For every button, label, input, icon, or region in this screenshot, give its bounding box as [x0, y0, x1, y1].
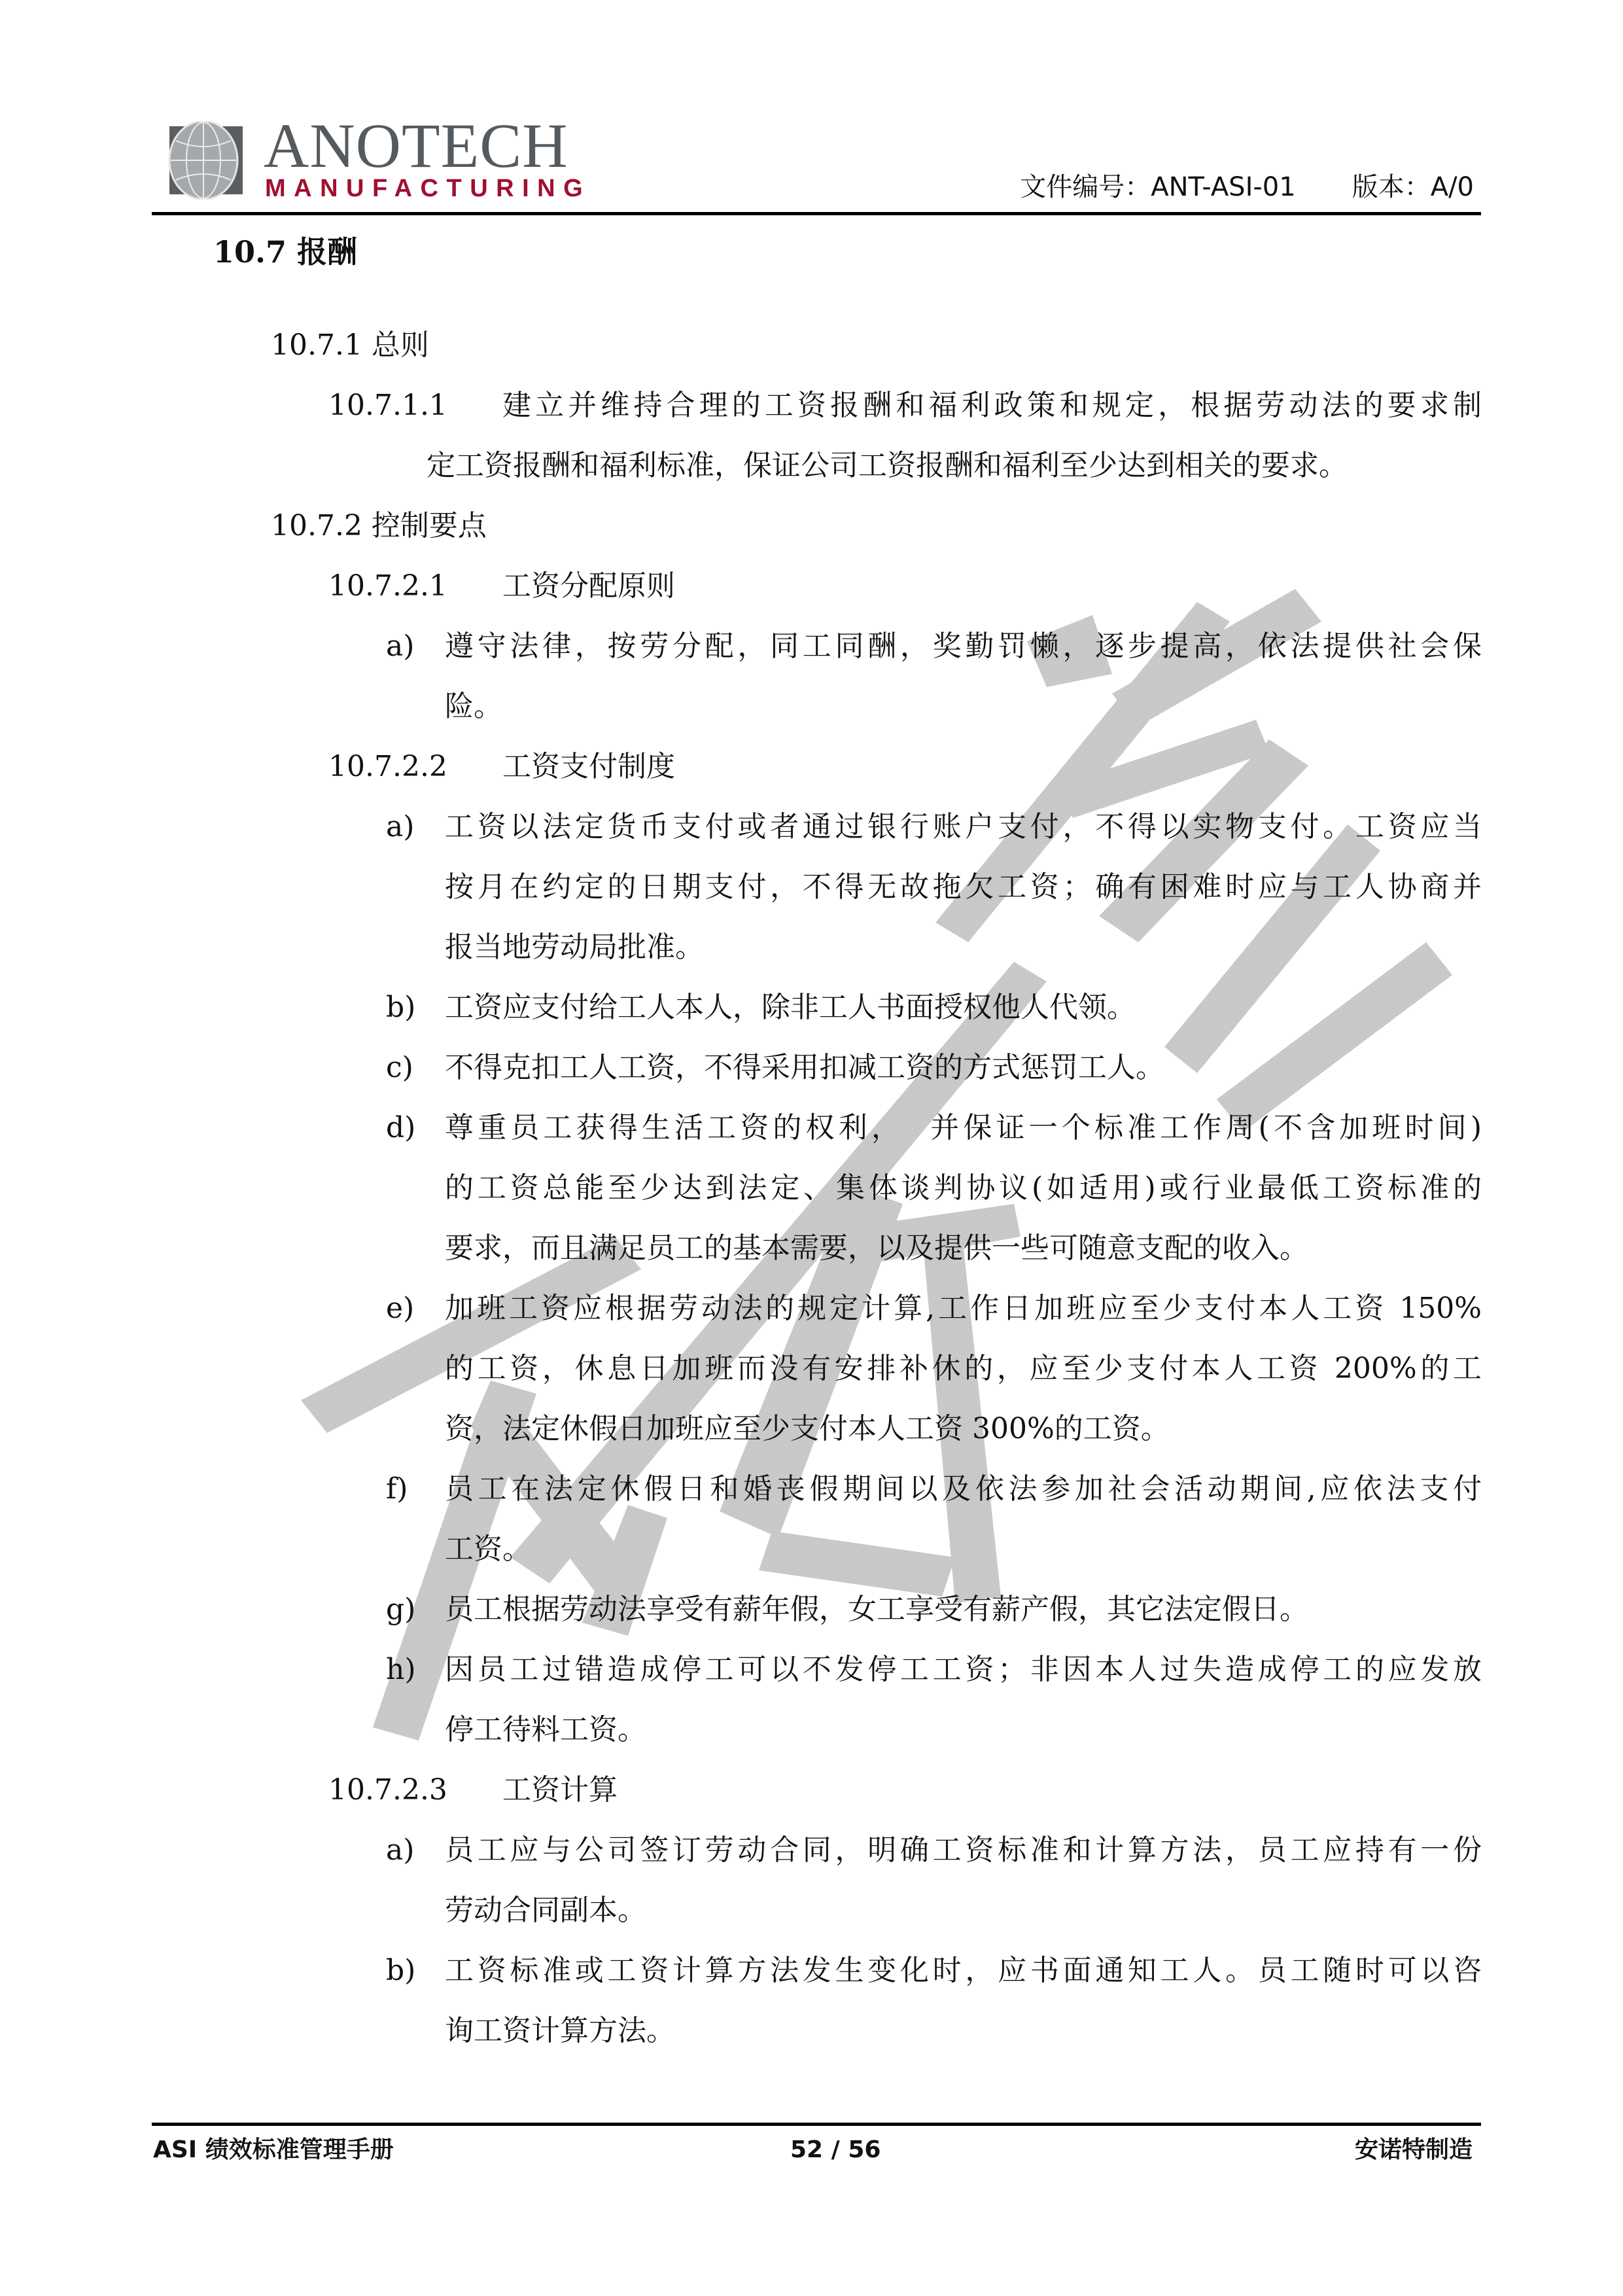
list-label: b) — [386, 989, 415, 1026]
list-item-text: 员工在法定休假日和婚丧假期间以及依法参加社会活动期间,应依法支付 — [445, 1471, 1482, 1508]
list-item-text: 险。 — [445, 688, 502, 725]
clause-number: 10.7.2.1 — [328, 568, 447, 605]
page-number: 52 / 56 — [790, 2134, 881, 2166]
logo-wordmark: ANOTECH — [264, 115, 568, 177]
clause-text: 定工资报酬和福利标准，保证公司工资报酬和福利至少达到相关的要求。 — [427, 448, 1348, 484]
list-label: a) — [386, 1832, 414, 1869]
logo-subtitle: MANUFACTURING — [265, 175, 591, 202]
list-item-text: 的工资，休息日加班而没有安排补休的，应至少支付本人工资 200%的工 — [445, 1351, 1482, 1387]
list-item-text: 因员工过错造成停工可以不发停工工资；非因本人过失造成停工的应发放 — [445, 1651, 1482, 1688]
list-label: e) — [386, 1290, 414, 1327]
list-item-text: 要求，而且满足员工的基本需要，以及提供一些可随意支配的收入。 — [445, 1230, 1308, 1267]
list-item-text: 询工资计算方法。 — [445, 2013, 675, 2049]
clause-number: 10.7.2.2 — [328, 749, 447, 785]
list-item-text: 工资。 — [445, 1531, 531, 1568]
list-label: g) — [386, 1591, 415, 1628]
list-item-text: 加班工资应根据劳动法的规定计算,工作日加班应至少支付本人工资 150% — [445, 1290, 1482, 1327]
clause-number: 10.7.1.1 — [328, 387, 447, 424]
subsection-title-control: 10.7.2 控制要点 — [271, 508, 487, 544]
list-label: h) — [386, 1651, 416, 1688]
subsection-title-general: 10.7.1 总则 — [271, 327, 429, 364]
clause-number: 10.7.2.3 — [328, 1772, 447, 1809]
list-label: c) — [386, 1050, 413, 1086]
section-title: 10.7 报酬 — [213, 234, 357, 270]
list-label: f) — [386, 1471, 408, 1508]
list-label: d) — [386, 1110, 415, 1146]
document-page: ANOTECH MANUFACTURING 文件编号：ANT-ASI-01版本：… — [0, 0, 1623, 2296]
list-item-text: 不得克扣工人工资，不得采用扣减工资的方式惩罚工人。 — [445, 1050, 1164, 1086]
document-number: 文件编号：ANT-ASI-01 — [1020, 172, 1295, 202]
list-item-text: 资，法定休假日加班应至少支付本人工资 300%的工资。 — [445, 1411, 1170, 1447]
document-info: 文件编号：ANT-ASI-01版本：A/0 — [1020, 171, 1474, 203]
company-logo: ANOTECH MANUFACTURING — [167, 115, 572, 200]
list-item-text: 报当地劳动局批准。 — [445, 929, 704, 966]
globe-icon — [167, 121, 245, 200]
header-divider — [152, 212, 1481, 215]
list-item-text: 工资应支付给工人本人，除非工人书面授权他人代领。 — [445, 989, 1136, 1026]
list-label: b) — [386, 1952, 415, 1989]
list-item-text: 的工资总能至少达到法定、集体谈判协议(如适用)或行业最低工资标准的 — [445, 1170, 1482, 1207]
list-item-text: 工资以法定货币支付或者通过银行账户支付，不得以实物支付。工资应当 — [445, 809, 1482, 845]
list-item-text: 工资标准或工资计算方法发生变化时，应书面通知工人。员工随时可以咨 — [445, 1952, 1482, 1989]
list-item-text: 劳动合同副本。 — [445, 1892, 646, 1929]
list-item-text: 员工根据劳动法享受有薪年假，女工享受有薪产假，其它法定假日。 — [445, 1591, 1308, 1628]
list-item-text: 停工待料工资。 — [445, 1712, 646, 1748]
list-item-text: 尊重员工获得生活工资的权利， 并保证一个标准工作周(不含加班时间) — [445, 1110, 1482, 1146]
footer-company-name: 安诺特制造 — [1355, 2134, 1473, 2166]
list-item-text: 按月在约定的日期支付，不得无故拖欠工资；确有困难时应与工人协商并 — [445, 869, 1482, 906]
list-item-text: 遵守法律，按劳分配，同工同酬，奖勤罚懒，逐步提高，依法提供社会保 — [445, 628, 1482, 665]
clause-title: 工资分配原则 — [502, 568, 675, 605]
list-label: a) — [386, 809, 414, 845]
clause-title: 工资计算 — [502, 1772, 618, 1809]
list-label: a) — [386, 628, 414, 665]
clause-title: 工资支付制度 — [502, 749, 675, 785]
clause-text: 建立并维持合理的工资报酬和福利政策和规定，根据劳动法的要求制 — [502, 387, 1482, 424]
footer-manual-title: ASI 绩效标准管理手册 — [153, 2134, 394, 2166]
footer-divider — [152, 2123, 1481, 2126]
list-item-text: 员工应与公司签订劳动合同，明确工资标准和计算方法，员工应持有一份 — [445, 1832, 1482, 1869]
document-version: 版本：A/0 — [1352, 172, 1474, 202]
